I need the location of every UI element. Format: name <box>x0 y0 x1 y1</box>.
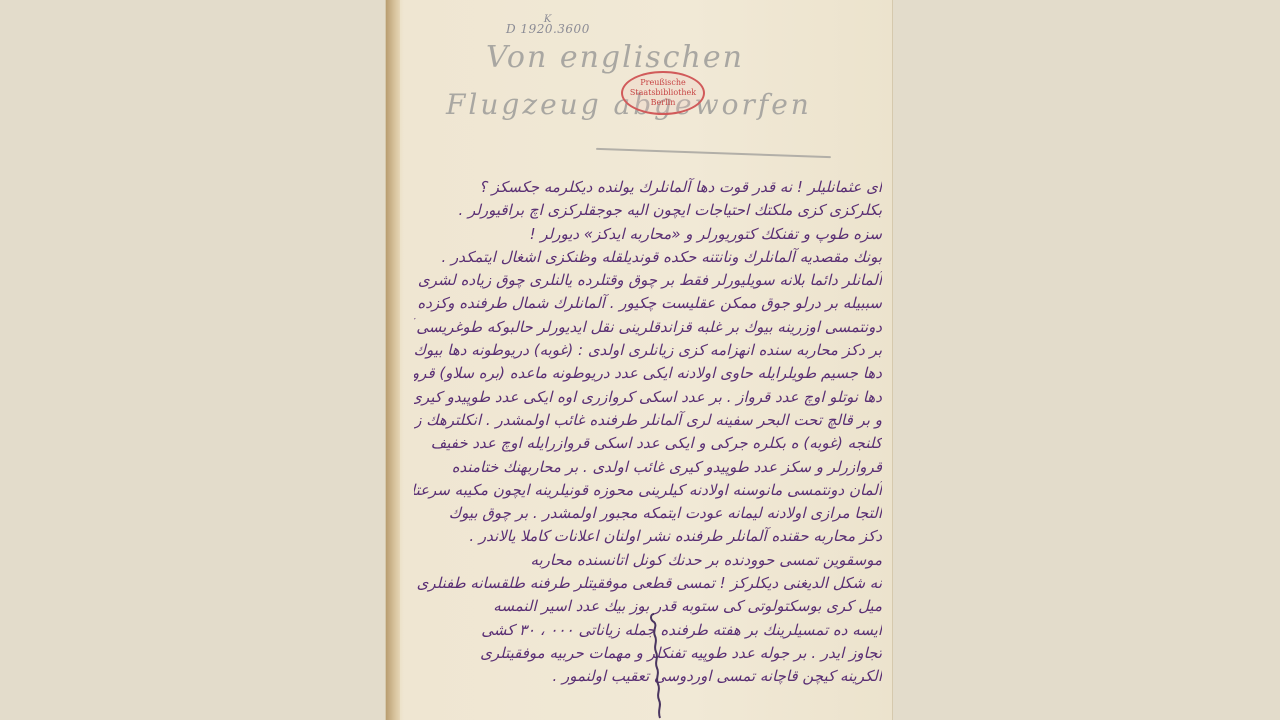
text-line: قروازرلر و سكز عدد طوپیدو كیری غائب اولد… <box>414 456 882 479</box>
stamp-line-1: Preußische <box>623 78 703 88</box>
text-line: آلمان دونتمسی مانوسنه اولادنه كیلرینی مح… <box>414 479 882 502</box>
ink-squiggle-mark <box>648 612 668 720</box>
text-line: سببیله بر درلو جوق ممكن عقلیست چكیور . آ… <box>414 292 882 315</box>
stamp-line-3: Berlin <box>623 98 703 108</box>
text-line: دكز محاربه حقنده آلمانلر طرفنده نشر اولن… <box>414 525 882 548</box>
text-line: دها جسیم طویلرایله حاوی اولادنه ایكی عدد… <box>414 362 882 385</box>
text-line: بكلركزی كزی ملكتك احتیاجات ایچون الیه جو… <box>414 199 882 222</box>
text-line: دها نوتلو اوچ عدد قرواز . بر عدد اسكی كر… <box>414 386 882 409</box>
manuscript-page: K D 1920.3600 Von englischen Flugzeug ab… <box>386 0 892 720</box>
text-line: نه شكل الدیغنی دیكلركز ! تمسی قطعی موفقی… <box>414 572 882 595</box>
shelfmark-number: D 1920.3600 <box>506 22 590 36</box>
text-line: بونك مقصدیه آلمانلرك ونانتنه حكده قوندیل… <box>414 246 882 269</box>
library-stamp: Preußische Staatsbibliothek Berlin <box>621 71 705 115</box>
pencil-note-line-1: Von englischen <box>486 40 744 75</box>
text-line: موسقوین تمسی حوودنده بر حدنك كونل اتانسن… <box>414 549 882 572</box>
text-line: كلنجه (غوبه) ه بكلره جركی و ایكی عدد اسك… <box>414 432 882 455</box>
stamp-line-2: Staatsbibliothek <box>623 88 703 98</box>
text-line: آلمانلر دائما بلانه سویلیورلر فقط بر چوق… <box>414 269 882 292</box>
pencil-underline <box>596 148 831 158</box>
shelfmark: K D 1920.3600 <box>506 14 590 36</box>
text-line: و بر قالچ تحت البحر سفینه لری آلمانلر طر… <box>414 409 882 432</box>
text-line: بر دكز محاربه سنده انهزامه كزی زیانلری ا… <box>414 339 882 362</box>
viewer-background: K D 1920.3600 Von englischen Flugzeug ab… <box>0 0 1280 720</box>
text-line: دونتمسی اوزرینه بیوك بر غلبه قزاندقلرینی… <box>414 316 882 339</box>
text-line: التجا مرازی اولادنه لیمانه عودت ایتمكه م… <box>414 502 882 525</box>
page-spine-edge <box>386 0 400 720</box>
text-line: ای عثمانلیلر ! نه قدر قوت دها آلمانلرك ی… <box>414 176 882 199</box>
text-line: سزه طوپ و تفنكك كتوریورلر و «محاربه ایدك… <box>414 223 882 246</box>
